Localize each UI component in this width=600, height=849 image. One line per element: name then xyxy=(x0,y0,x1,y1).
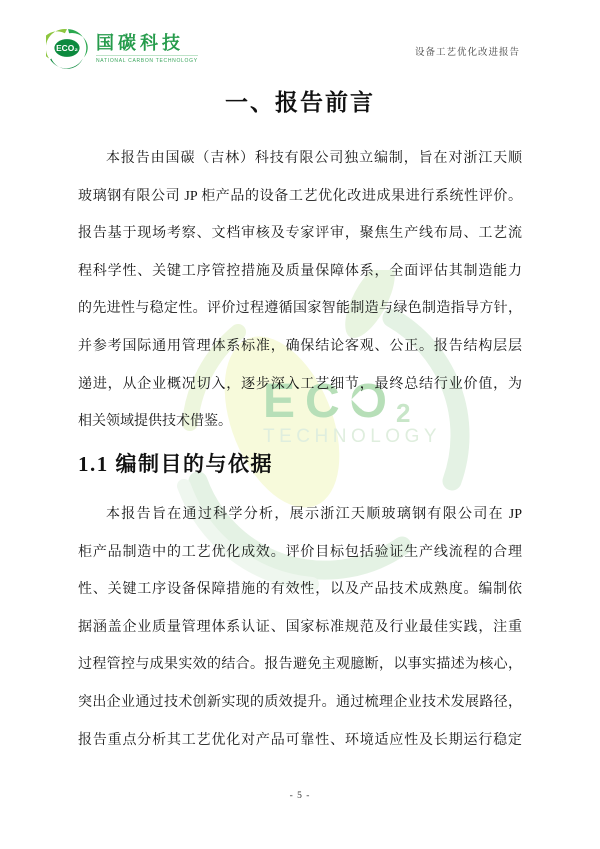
company-logo: ECO₂ 国碳科技 NATIONAL CARBON TECHNOLOGY xyxy=(46,27,198,69)
text-line: 柜产品制造中的工艺优化成效。评价目标包括验证生产线流程的合理 xyxy=(78,534,522,572)
text-line: 程科学性、关键工序管控措施及质量保障体系，全面评估其制造能力 xyxy=(78,253,522,291)
logo-badge-text: ECO₂ xyxy=(56,43,78,53)
eco-logo-icon: ECO₂ xyxy=(46,27,88,69)
report-page: ECO 2 TECHNOLOGY ECO₂ 国碳科技 NATIONAL CARB… xyxy=(0,0,600,849)
text-line: 并参考国际通用管理体系标准，确保结论客观、公正。报告结构层层 xyxy=(78,328,522,366)
text-line: 据涵盖企业质量管理体系认证、国家标准规范及行业最佳实践，注重 xyxy=(78,609,522,647)
text-line: 突出企业通过技术创新实现的质效提升。通过梳理企业技术发展路径， xyxy=(78,684,522,722)
text-line: 玻璃钢有限公司 JP 柜产品的设备工艺优化改进成果进行系统性评价。 xyxy=(78,178,522,216)
text-line: 过程管控与成果实效的结合。报告避免主观臆断，以事实描述为核心， xyxy=(78,646,522,684)
text-line: 本报告旨在通过科学分析，展示浙江天顺玻璃钢有限公司在 JP xyxy=(78,496,522,534)
text-line: 性、关键工序设备保障措施的有效性，以及产品技术成熟度。编制依 xyxy=(78,571,522,609)
brand-text: 国碳科技 NATIONAL CARBON TECHNOLOGY xyxy=(96,33,198,64)
text-line: 相关领域提供技术借鉴。 xyxy=(78,403,522,441)
text-line: 本报告由国碳（吉林）科技有限公司独立编制，旨在对浙江天顺 xyxy=(78,140,522,178)
intro-paragraph: 本报告由国碳（吉林）科技有限公司独立编制，旨在对浙江天顺 玻璃钢有限公司 JP … xyxy=(78,140,522,441)
logo-leaf-bottom xyxy=(50,59,83,69)
brand-subtitle: NATIONAL CARBON TECHNOLOGY xyxy=(96,55,198,64)
text-line: 报告重点分析其工艺优化对产品可靠性、环境适应性及长期运行稳定 xyxy=(78,722,522,760)
text-line: 的先进性与稳定性。评价过程遵循国家智能制造与绿色制造指导方针， xyxy=(78,290,522,328)
header-doc-type: 设备工艺优化改进报告 xyxy=(415,44,520,58)
text-line: 递进，从企业概况切入，逐步深入工艺细节，最终总结行业价值，为 xyxy=(78,366,522,404)
page-number: - 5 - xyxy=(0,791,600,801)
text-line: 报告基于现场考察、文档审核及专家评审，聚焦生产线布局、工艺流 xyxy=(78,215,522,253)
section-heading-1-1: 1.1 编制目的与依据 xyxy=(78,449,273,479)
brand-name: 国碳科技 xyxy=(96,33,198,53)
page-title: 一、报告前言 xyxy=(0,84,600,117)
purpose-paragraph: 本报告旨在通过科学分析，展示浙江天顺玻璃钢有限公司在 JP 柜产品制造中的工艺优… xyxy=(78,496,522,759)
